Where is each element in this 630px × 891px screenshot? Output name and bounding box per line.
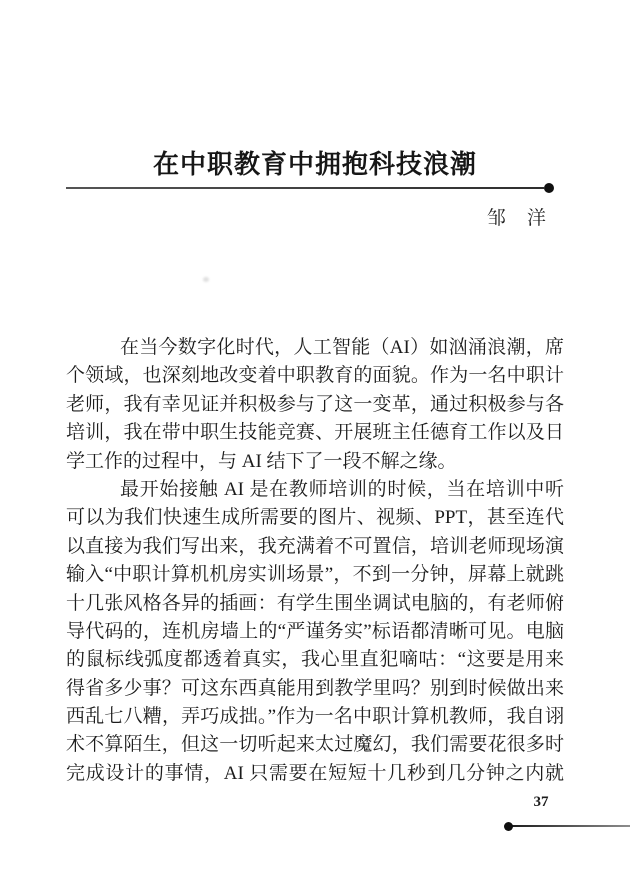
author-name: 邹 洋 bbox=[487, 203, 547, 230]
body-line: 在当今数字化时代，人工智能（AI）如汹涌浪潮，席卷了各 bbox=[66, 334, 564, 362]
body-line: 十几张风格各异的插画：有学生围坐调试电脑的，有老师俯身指 bbox=[66, 590, 564, 618]
body-line: 西乱七八糟，弄巧成拙。”作为一名中职计算机教师，我自诩对技 bbox=[66, 703, 564, 731]
body-line: 以直接为我们写出来，我充满着不可置信，培训老师现场演示， bbox=[66, 533, 564, 561]
title-divider-rule bbox=[66, 187, 544, 189]
page-number: 37 bbox=[530, 794, 552, 811]
paragraph: 最开始接触 AI 是在教师培训的时候，当在培训中听到，AI 可以为我们快速生成所… bbox=[66, 476, 564, 788]
body-line: 可以为我们快速生成所需要的图片、视频、PPT，甚至连代码都可 bbox=[66, 504, 564, 532]
body-line: 术不算陌生，但这一切听起来太过魔幻，我们需要花很多时间来 bbox=[66, 731, 564, 759]
scan-speckle bbox=[203, 277, 209, 282]
rule-end-dot bbox=[544, 183, 554, 193]
document-page: 在中职教育中拥抱科技浪潮 邹 洋 在当今数字化时代，人工智能（AI）如汹涌浪潮，… bbox=[0, 0, 630, 891]
body-line: 的鼠标线弧度都透着真实，我心里直犯嘀咕：“这要是用来做课件， bbox=[66, 646, 564, 674]
body-line: 最开始接触 AI 是在教师培训的时候，当在培训中听到，AI bbox=[66, 476, 564, 504]
article-body: 在当今数字化时代，人工智能（AI）如汹涌浪潮，席卷了各 个领域，也深刻地改变着中… bbox=[66, 334, 564, 788]
footer-rule bbox=[510, 825, 630, 827]
body-line: 导代码的，连机房墙上的“严谨务实”标语都清晰可见。电脑上 bbox=[66, 618, 564, 646]
body-line: 学工作的过程中，与 AI 结下了一段不解之缘。 bbox=[66, 448, 564, 476]
article-title: 在中职教育中拥抱科技浪潮 bbox=[0, 144, 630, 181]
footer-rule-dot bbox=[504, 822, 513, 831]
body-line: 得省多少事？可这东西真能用到教学里吗？别到时候做出来的东 bbox=[66, 675, 564, 703]
paragraph: 在当今数字化时代，人工智能（AI）如汹涌浪潮，席卷了各 个领域，也深刻地改变着中… bbox=[66, 334, 564, 476]
body-line: 老师，我有幸见证并积极参与了这一变革，通过积极参与各类 AI bbox=[66, 391, 564, 419]
body-line: 完成设计的事情，AI 只需要在短短十几秒到几分钟之内就可以完成。 bbox=[66, 760, 564, 788]
body-line: 个领域，也深刻地改变着中职教育的面貌。作为一名中职计算机 bbox=[66, 362, 564, 390]
body-line: 输入“中职计算机机房实训场景”，不到一分钟，屏幕上就跳出了 bbox=[66, 561, 564, 589]
body-line: 培训，我在带中职生技能竞赛、开展班主任德育工作以及日常教 bbox=[66, 419, 564, 447]
